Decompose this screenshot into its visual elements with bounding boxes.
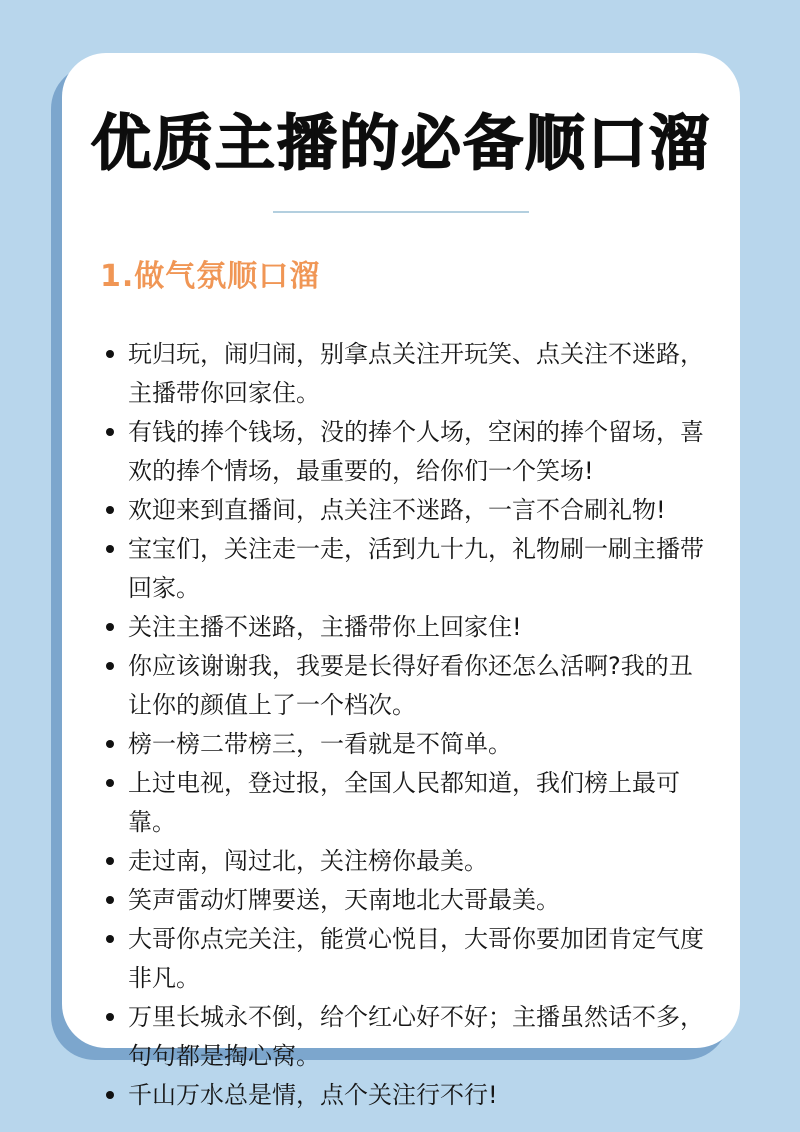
list-item: 走过南，闯过北，关注榜你最美。 xyxy=(106,842,704,881)
list-item-text: 关注主播不迷路，主播带你上回家住! xyxy=(128,608,704,647)
list-item: 玩归玩，闹归闹，别拿点关注开玩笑、点关注不迷路，主播带你回家住。 xyxy=(106,335,704,413)
list-item: 你应该谢谢我，我要是长得好看你还怎么活啊?我的丑让你的颜值上了一个档次。 xyxy=(106,647,704,725)
list-item: 宝宝们，关注走一走，活到九十九，礼物刷一刷主播带回家。 xyxy=(106,530,704,608)
bullet-icon xyxy=(106,1091,114,1099)
list-item: 大哥你点完关注，能赏心悦目，大哥你要加团肯定气度非凡。 xyxy=(106,920,704,998)
bullet-icon xyxy=(106,857,114,865)
list-item-text: 大哥你点完关注，能赏心悦目，大哥你要加团肯定气度非凡。 xyxy=(128,920,704,998)
list-item-text: 有钱的捧个钱场，没的捧个人场，空闲的捧个留场，喜欢的捧个情场，最重要的，给你们一… xyxy=(128,413,704,491)
list-item: 关注主播不迷路，主播带你上回家住! xyxy=(106,608,704,647)
list-item-text: 宝宝们，关注走一走，活到九十九，礼物刷一刷主播带回家。 xyxy=(128,530,704,608)
bullet-icon xyxy=(106,1013,114,1021)
bullet-icon xyxy=(106,662,114,670)
divider-line xyxy=(273,211,529,213)
bullet-icon xyxy=(106,935,114,943)
list-item: 千山万水总是情，点个关注行不行! xyxy=(106,1076,704,1115)
list-item-text: 走过南，闯过北，关注榜你最美。 xyxy=(128,842,704,881)
section-heading: 1.做气氛顺口溜 xyxy=(100,261,740,293)
bullet-icon xyxy=(106,896,114,904)
phrase-list: 玩归玩，闹归闹，别拿点关注开玩笑、点关注不迷路，主播带你回家住。 有钱的捧个钱场… xyxy=(106,335,704,1115)
list-item-text: 欢迎来到直播间，点关注不迷路，一言不合刷礼物! xyxy=(128,491,704,530)
bullet-icon xyxy=(106,545,114,553)
content-card: 优质主播的必备顺口溜 1.做气氛顺口溜 玩归玩，闹归闹，别拿点关注开玩笑、点关注… xyxy=(62,53,740,1048)
bullet-icon xyxy=(106,350,114,358)
list-item: 有钱的捧个钱场，没的捧个人场，空闲的捧个留场，喜欢的捧个情场，最重要的，给你们一… xyxy=(106,413,704,491)
list-item-text: 你应该谢谢我，我要是长得好看你还怎么活啊?我的丑让你的颜值上了一个档次。 xyxy=(128,647,704,725)
bullet-icon xyxy=(106,740,114,748)
list-item-text: 玩归玩，闹归闹，别拿点关注开玩笑、点关注不迷路，主播带你回家住。 xyxy=(128,335,704,413)
bullet-icon xyxy=(106,428,114,436)
bullet-icon xyxy=(106,623,114,631)
bullet-icon xyxy=(106,506,114,514)
list-item: 万里长城永不倒，给个红心好不好；主播虽然话不多，句句都是掏心窝。 xyxy=(106,998,704,1076)
list-item-text: 上过电视，登过报，全国人民都知道，我们榜上最可靠。 xyxy=(128,764,704,842)
list-item-text: 榜一榜二带榜三，一看就是不简单。 xyxy=(128,725,704,764)
list-item: 欢迎来到直播间，点关注不迷路，一言不合刷礼物! xyxy=(106,491,704,530)
list-item-text: 千山万水总是情，点个关注行不行! xyxy=(128,1076,704,1115)
list-item: 上过电视，登过报，全国人民都知道，我们榜上最可靠。 xyxy=(106,764,704,842)
list-item: 榜一榜二带榜三，一看就是不简单。 xyxy=(106,725,704,764)
page-title: 优质主播的必备顺口溜 xyxy=(82,109,720,179)
list-item-text: 万里长城永不倒，给个红心好不好；主播虽然话不多，句句都是掏心窝。 xyxy=(128,998,704,1076)
list-item-text: 笑声雷动灯牌要送，天南地北大哥最美。 xyxy=(128,881,704,920)
bullet-icon xyxy=(106,779,114,787)
list-item: 笑声雷动灯牌要送，天南地北大哥最美。 xyxy=(106,881,704,920)
